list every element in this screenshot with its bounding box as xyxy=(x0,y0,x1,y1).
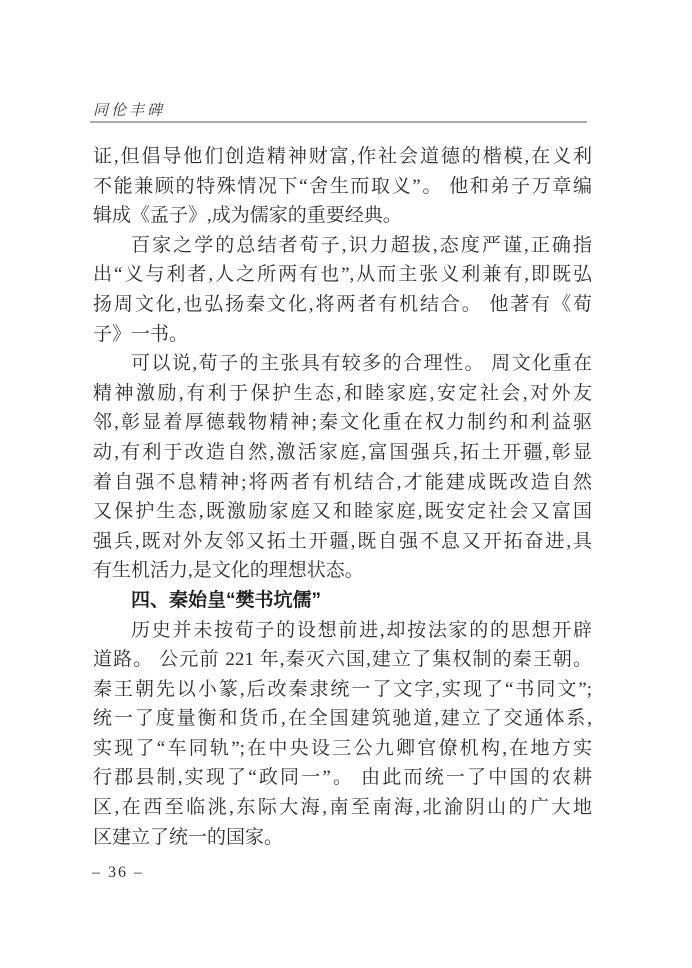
text-line: 实现了“车同轨”;在中央设三公九卿官僚机构,在地方实 xyxy=(93,734,592,764)
text-line: 动,有利于改造自然,激活家庭,富国强兵,拓土开疆,彰显 xyxy=(93,438,592,468)
text-line: 扬周文化,也弘扬秦文化,将两者有机结合。 他著有《荀 xyxy=(93,290,592,320)
paragraph: 可以说,荀子的主张具有较多的合理性。 周文化重在 精神激励,有利于保护生态,和睦… xyxy=(93,349,592,586)
text-line: 区建立了统一的国家。 xyxy=(93,823,592,853)
text-line: 历史并未按荀子的设想前进,却按法家的的思想开辟 xyxy=(93,616,592,646)
paragraph: 历史并未按荀子的设想前进,却按法家的的思想开辟 道路。 公元前 221 年,秦灭… xyxy=(93,616,592,853)
running-header: 同伦丰碑 xyxy=(93,99,165,120)
text-line: 强兵,既对外友邻又拓土开疆,既自强不息又开拓奋进,具 xyxy=(93,527,592,557)
text-line: 道路。 公元前 221 年,秦灭六国,建立了集权制的秦王朝。 xyxy=(93,645,592,675)
text-line: 出“义与利者,人之所两有也”,从而主张义利兼有,即既弘 xyxy=(93,260,592,290)
scanned-book-page: 同伦丰碑 证,但倡导他们创造精神财富,作社会道德的楷模,在义利 不能兼顾的特殊情… xyxy=(0,0,692,968)
body-text-block: 证,但倡导他们创造精神财富,作社会道德的楷模,在义利 不能兼顾的特殊情况下“舍生… xyxy=(93,142,592,852)
text-line: 子》一书。 xyxy=(93,320,592,350)
text-line: 证,但倡导他们创造精神财富,作社会道德的楷模,在义利 xyxy=(93,142,592,172)
text-line: 辑成《孟子》,成为儒家的重要经典。 xyxy=(93,201,592,231)
paragraph: 证,但倡导他们创造精神财富,作社会道德的楷模,在义利 不能兼顾的特殊情况下“舍生… xyxy=(93,142,592,231)
text-line: 邻,彰显着厚德载物精神;秦文化重在权力制约和利益驱 xyxy=(93,408,592,438)
text-line: 着自强不息精神;将两者有机结合,才能建成既改造自然 xyxy=(93,468,592,498)
page-number: – 36 – xyxy=(92,864,144,882)
text-line: 区,在西至临洮,东际大海,南至南海,北渝阴山的广大地 xyxy=(93,793,592,823)
text-line: 统一了度量衡和货币,在全国建筑驰道,建立了交通体系, xyxy=(93,704,592,734)
text-line: 精神激励,有利于保护生态,和睦家庭,安定社会,对外友 xyxy=(93,379,592,409)
text-line: 又保护生态,既激励家庭又和睦家庭,既安定社会又富国 xyxy=(93,497,592,527)
text-line: 可以说,荀子的主张具有较多的合理性。 周文化重在 xyxy=(93,349,592,379)
section-heading: 四、秦始皇“樊书坑儒” xyxy=(93,586,592,616)
paragraph: 百家之学的总结者荀子,识力超拔,态度严谨,正确指 出“义与利者,人之所两有也”,… xyxy=(93,231,592,349)
text-line: 有生机活力,是文化的理想状态。 xyxy=(93,556,592,586)
header-rule xyxy=(90,121,587,123)
text-line: 不能兼顾的特殊情况下“舍生而取义”。 他和弟子万章编 xyxy=(93,172,592,202)
text-line: 秦王朝先以小篆,后改秦隶统一了文字,实现了“书同文”; xyxy=(93,675,592,705)
text-line: 行郡县制,实现了“政同一”。 由此而统一了中国的农耕 xyxy=(93,763,592,793)
text-line: 百家之学的总结者荀子,识力超拔,态度严谨,正确指 xyxy=(93,231,592,261)
